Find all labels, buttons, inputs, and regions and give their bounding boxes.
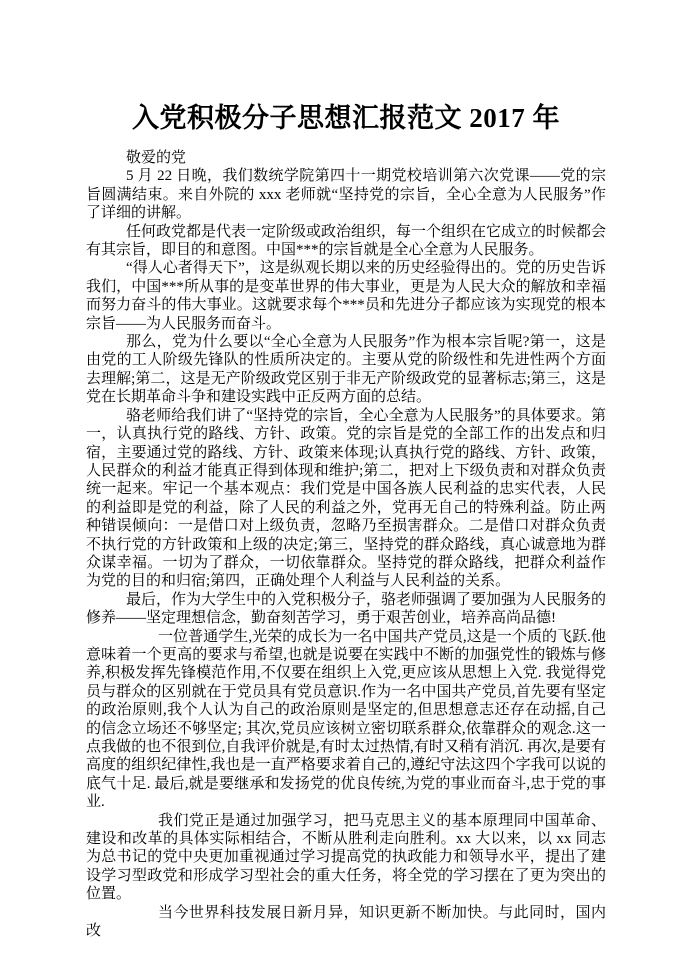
document-title: 入党积极分子思想汇报范文 2017 年 xyxy=(86,98,606,138)
paragraph: 我们党正是通过加强学习，把马克思主义的基本原理同中国革命、建设和改革的具体实际相… xyxy=(86,812,606,904)
document-body: 敬爱的党5 月 22 日晚，我们数统学院第四十一期党校培训第六次党课——党的宗旨… xyxy=(86,149,606,940)
paragraph: 骆老师给我们讲了“坚持党的宗旨，全心全意为人民服务”的具体要求。第一，认真执行党… xyxy=(86,407,606,591)
paragraph: 当今世界科技发展日新月异，知识更新不断加快。与此同时，国内改 xyxy=(86,904,606,941)
paragraph: 敬爱的党 xyxy=(86,149,606,167)
paragraph: “得人心者得天下”，这是纵观长期以来的历史经验得出的。党的历史告诉我们，中国**… xyxy=(86,259,606,333)
paragraph: 那么，党为什么要以“全心全意为人民服务”作为根本宗旨呢?第一，这是由党的工人阶级… xyxy=(86,333,606,407)
paragraph: 一位普通学生,光荣的成长为一名中国共产党员,这是一个质的飞跃.他意味着一个更高的… xyxy=(86,628,606,812)
paragraph: 任何政党都是代表一定阶级或政治组织，每一个组织在它成立的时候都会有其宗旨，即目的… xyxy=(86,223,606,260)
document-page: 入党积极分子思想汇报范文 2017 年 敬爱的党5 月 22 日晚，我们数统学院… xyxy=(0,0,690,976)
paragraph: 5 月 22 日晚，我们数统学院第四十一期党校培训第六次党课——党的宗旨圆满结束… xyxy=(86,167,606,222)
paragraph: 最后，作为大学生中的入党积极分子，骆老师强调了要加强为人民服务的修养——坚定理想… xyxy=(86,591,606,628)
